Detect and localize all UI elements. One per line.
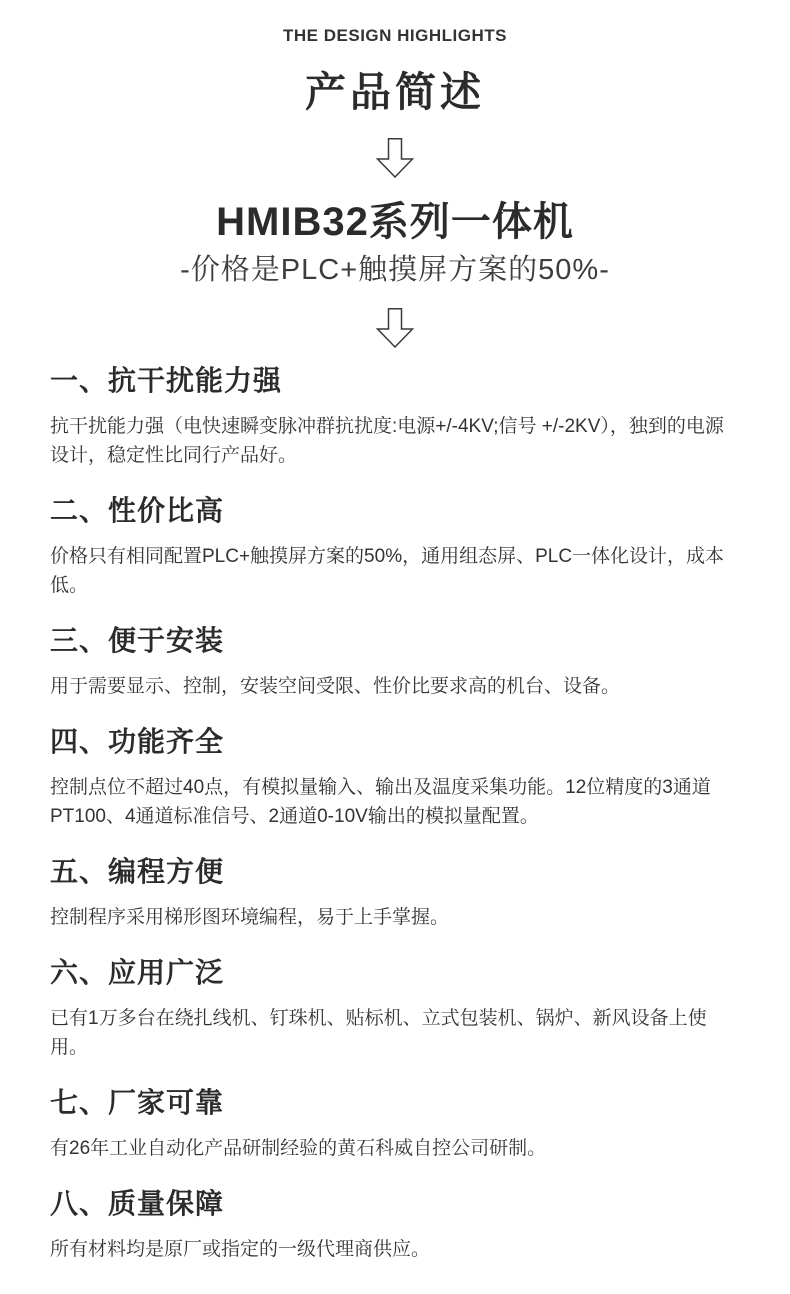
section-body: 抗干扰能力强（电快速瞬变脉冲群抗扰度:电源+/-4KV;信号 +/-2KV），独…: [50, 412, 740, 470]
section-body: 用于需要显示、控制，安装空间受限、性价比要求高的机台、设备。: [50, 672, 740, 701]
section-heading: 三、便于安装: [50, 624, 740, 658]
feature-sections: 一、抗干扰能力强 抗干扰能力强（电快速瞬变脉冲群抗扰度:电源+/-4KV;信号 …: [50, 364, 740, 1264]
section-item: 七、厂家可靠 有26年工业自动化产品研制经验的黄石科威自控公司研制。: [50, 1086, 740, 1163]
section-body: 控制点位不超过40点，有模拟量输入、输出及温度采集功能。12位精度的3通道PT1…: [50, 773, 740, 831]
section-item: 三、便于安装 用于需要显示、控制，安装空间受限、性价比要求高的机台、设备。: [50, 624, 740, 701]
section-heading: 七、厂家可靠: [50, 1086, 740, 1120]
page-title: 产品简述: [50, 66, 740, 118]
section-body: 已有1万多台在绕扎线机、钉珠机、贴标机、立式包装机、锅炉、新风设备上使用。: [50, 1004, 740, 1062]
down-arrow-icon: [50, 138, 740, 178]
page-header: THE DESIGN HIGHLIGHTS 产品简述 HMIB32系列一体机 -…: [50, 26, 740, 348]
section-body: 控制程序采用梯形图环境编程，易于上手掌握。: [50, 903, 740, 932]
down-arrow-icon: [50, 308, 740, 348]
section-item: 六、应用广泛 已有1万多台在绕扎线机、钉珠机、贴标机、立式包装机、锅炉、新风设备…: [50, 956, 740, 1062]
section-heading: 八、质量保障: [50, 1187, 740, 1221]
section-item: 八、质量保障 所有材料均是原厂或指定的一级代理商供应。: [50, 1187, 740, 1264]
section-heading: 五、编程方便: [50, 855, 740, 889]
product-tagline: -价格是PLC+触摸屏方案的50%-: [50, 250, 740, 290]
section-body: 价格只有相同配置PLC+触摸屏方案的50%，通用组态屏、PLC一体化设计，成本低…: [50, 542, 740, 600]
section-body: 所有材料均是原厂或指定的一级代理商供应。: [50, 1235, 740, 1264]
section-item: 五、编程方便 控制程序采用梯形图环境编程，易于上手掌握。: [50, 855, 740, 932]
section-item: 四、功能齐全 控制点位不超过40点，有模拟量输入、输出及温度采集功能。12位精度…: [50, 725, 740, 831]
section-heading: 一、抗干扰能力强: [50, 364, 740, 398]
section-item: 一、抗干扰能力强 抗干扰能力强（电快速瞬变脉冲群抗扰度:电源+/-4KV;信号 …: [50, 364, 740, 470]
eyebrow-text: THE DESIGN HIGHLIGHTS: [50, 26, 740, 46]
section-heading: 四、功能齐全: [50, 725, 740, 759]
section-heading: 二、性价比高: [50, 494, 740, 528]
section-heading: 六、应用广泛: [50, 956, 740, 990]
section-item: 二、性价比高 价格只有相同配置PLC+触摸屏方案的50%，通用组态屏、PLC一体…: [50, 494, 740, 600]
product-name: HMIB32系列一体机: [50, 196, 740, 248]
section-body: 有26年工业自动化产品研制经验的黄石科威自控公司研制。: [50, 1134, 740, 1163]
